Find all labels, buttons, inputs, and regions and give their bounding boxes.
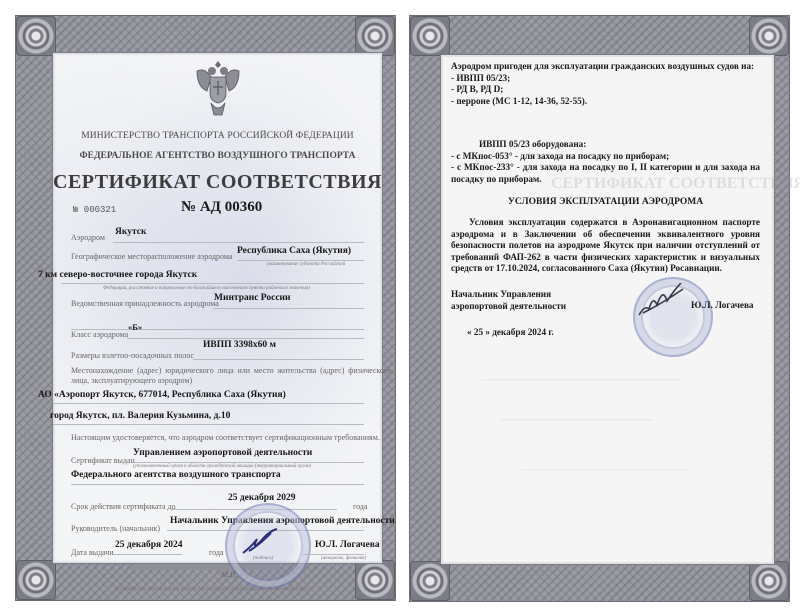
frame-rosette	[749, 561, 789, 601]
validity-value: 25 декабря 2029	[228, 493, 296, 503]
certificate-body: МИНИСТЕРСТВО ТРАНСПОРТА РОССИЙСКОЙ ФЕДЕР…	[52, 52, 383, 564]
field-underline	[113, 242, 364, 243]
suitability-item: - перроне (МС 1-12, 14-36, 52-55).	[451, 96, 760, 108]
frame-rosette	[410, 561, 450, 601]
equipment-heading: ИВПП 05/23 оборудована:	[451, 139, 760, 151]
coat-of-arms-icon	[191, 57, 245, 119]
issued-by-value-2: Федерального агентства воздушного трансп…	[71, 470, 281, 480]
field-underline	[303, 554, 364, 555]
operator-label: Местонахождение (адрес) юридического лиц…	[71, 366, 391, 386]
certificate-body: СЕРТИФИКАТ СООТВЕТСТВИЯ Аэродром пригоде…	[440, 54, 775, 565]
issued-by-label: Сертификат выдан	[71, 456, 135, 465]
runway-value: ИВПП 3398х60 м	[203, 340, 276, 350]
field-underline	[113, 554, 182, 555]
compliance-statement: Настоящим удостоверяется, что аэродром с…	[71, 433, 391, 443]
equipment-item: - с МКпос-053° - для захода на посадку п…	[451, 151, 760, 163]
suitability-item: - ИВПП 05/23;	[451, 73, 760, 85]
field-underline	[193, 359, 364, 360]
ownership-value: Минтранс России	[214, 293, 291, 303]
signing-date: « 25 » декабря 2024 г.	[467, 327, 760, 339]
suitability-intro: Аэродром пригоден для эксплуатации гражд…	[451, 61, 760, 73]
validity-footnote: (Сертификат действителен только для назв…	[115, 586, 308, 592]
name-hint: (инициалы, фамилия)	[321, 556, 366, 561]
bleed-through-text: —————————————————————————	[481, 375, 681, 384]
field-underline	[237, 260, 364, 261]
field-underline	[53, 403, 364, 404]
conditions-block: Условия эксплуатации содержатся в Аэрона…	[451, 217, 760, 275]
validity-suffix: года	[353, 502, 367, 511]
class-label: Класс аэродрома	[71, 330, 128, 339]
frame-rosette	[16, 560, 56, 600]
field-underline	[127, 338, 364, 339]
issued-by-value-1: Управлением аэропортовой деятельности	[133, 448, 312, 458]
certificate-title: СЕРТИФИКАТ СООТВЕТСТВИЯ	[53, 171, 382, 194]
bleed-through-text: —————————————————————	[521, 465, 689, 474]
geo-location-detail: 7 км северо-восточнее города Якутск	[38, 270, 197, 280]
form-serial-number: № 000321	[73, 205, 116, 215]
certificate-back-page: СЕРТИФИКАТ СООТВЕТСТВИЯ Аэродром пригоде…	[409, 15, 790, 602]
issue-date-suffix: года	[209, 548, 223, 557]
geo-location-label: Географическое месторасположение аэродро…	[71, 252, 232, 261]
operator-value-line-2: город Якутск, пл. Валерия Кузьмина, д.10	[50, 411, 230, 421]
signatory-name: Ю.Л. Логачева	[691, 300, 754, 312]
issue-date-label: Дата выдачи	[71, 548, 114, 557]
suitability-item: - РД В, РД D;	[451, 84, 760, 96]
geo-location-hint: (наименование субъекта Российской	[267, 262, 345, 267]
equipment-block: ИВПП 05/23 оборудована: - с МКпос-053° -…	[451, 139, 760, 185]
frame-rosette	[749, 16, 789, 56]
field-underline	[71, 484, 364, 485]
agency-name: ФЕДЕРАЛЬНОЕ АГЕНТСТВО ВОЗДУШНОГО ТРАНСПО…	[53, 151, 382, 161]
certificate-number: № АД 00360	[181, 199, 262, 216]
operator-value-line-1: АО «Аэропорт Якутск, 677014, Республика …	[38, 390, 286, 400]
field-underline	[131, 462, 364, 463]
signer-title-line-1: Начальник Управления	[451, 289, 760, 301]
signatory-name: Ю.Л. Логачева	[315, 540, 380, 550]
frame-rosette	[355, 16, 395, 56]
seal-place-label: М.П.	[221, 570, 238, 579]
signature-hint: (подпись)	[253, 556, 273, 561]
issued-by-hint: (уполномоченный орган в области гражданс…	[133, 464, 311, 469]
field-underline	[61, 283, 364, 284]
geo-location-value: Республика Саха (Якутия)	[237, 246, 351, 256]
ownership-label: Ведомственная принадлежность аэродрома	[71, 299, 219, 308]
runway-label: Размеры взлетно-посадочных полос	[71, 351, 194, 360]
signature-icon	[241, 527, 281, 557]
certificate-front-page: МИНИСТЕРСТВО ТРАНСПОРТА РОССИЙСКОЙ ФЕДЕР…	[15, 15, 396, 601]
frame-rosette	[355, 560, 395, 600]
geo-location-hint-2: Федерации, расстояние и направление от б…	[103, 286, 310, 291]
conditions-text: Условия эксплуатации содержатся в Аэрона…	[451, 217, 760, 275]
suitability-block: Аэродром пригоден для эксплуатации гражд…	[451, 61, 760, 107]
aerodrome-label: Аэродром	[71, 233, 105, 242]
aerodrome-value: Якутск	[115, 227, 146, 237]
ministry-name: МИНИСТЕРСТВО ТРАНСПОРТА РОССИЙСКОЙ ФЕДЕР…	[53, 131, 382, 141]
equipment-item: - с МКпос-233° - для захода на посадку п…	[451, 162, 760, 185]
frame-rosette	[410, 16, 450, 56]
field-underline	[53, 424, 364, 425]
head-label: Руководитель (начальник)	[71, 524, 160, 533]
frame-rosette	[16, 16, 56, 56]
validity-label: Срок действия сертификата до	[71, 502, 176, 511]
issue-date-value: 25 декабря 2024	[115, 540, 183, 550]
conditions-heading: УСЛОВИЯ ЭКСПЛУАТАЦИИ АЭРОДРОМА	[451, 197, 760, 209]
class-value: «Б»	[128, 322, 142, 332]
field-underline	[213, 308, 364, 309]
bleed-through-text: ———————————————————	[501, 415, 653, 424]
